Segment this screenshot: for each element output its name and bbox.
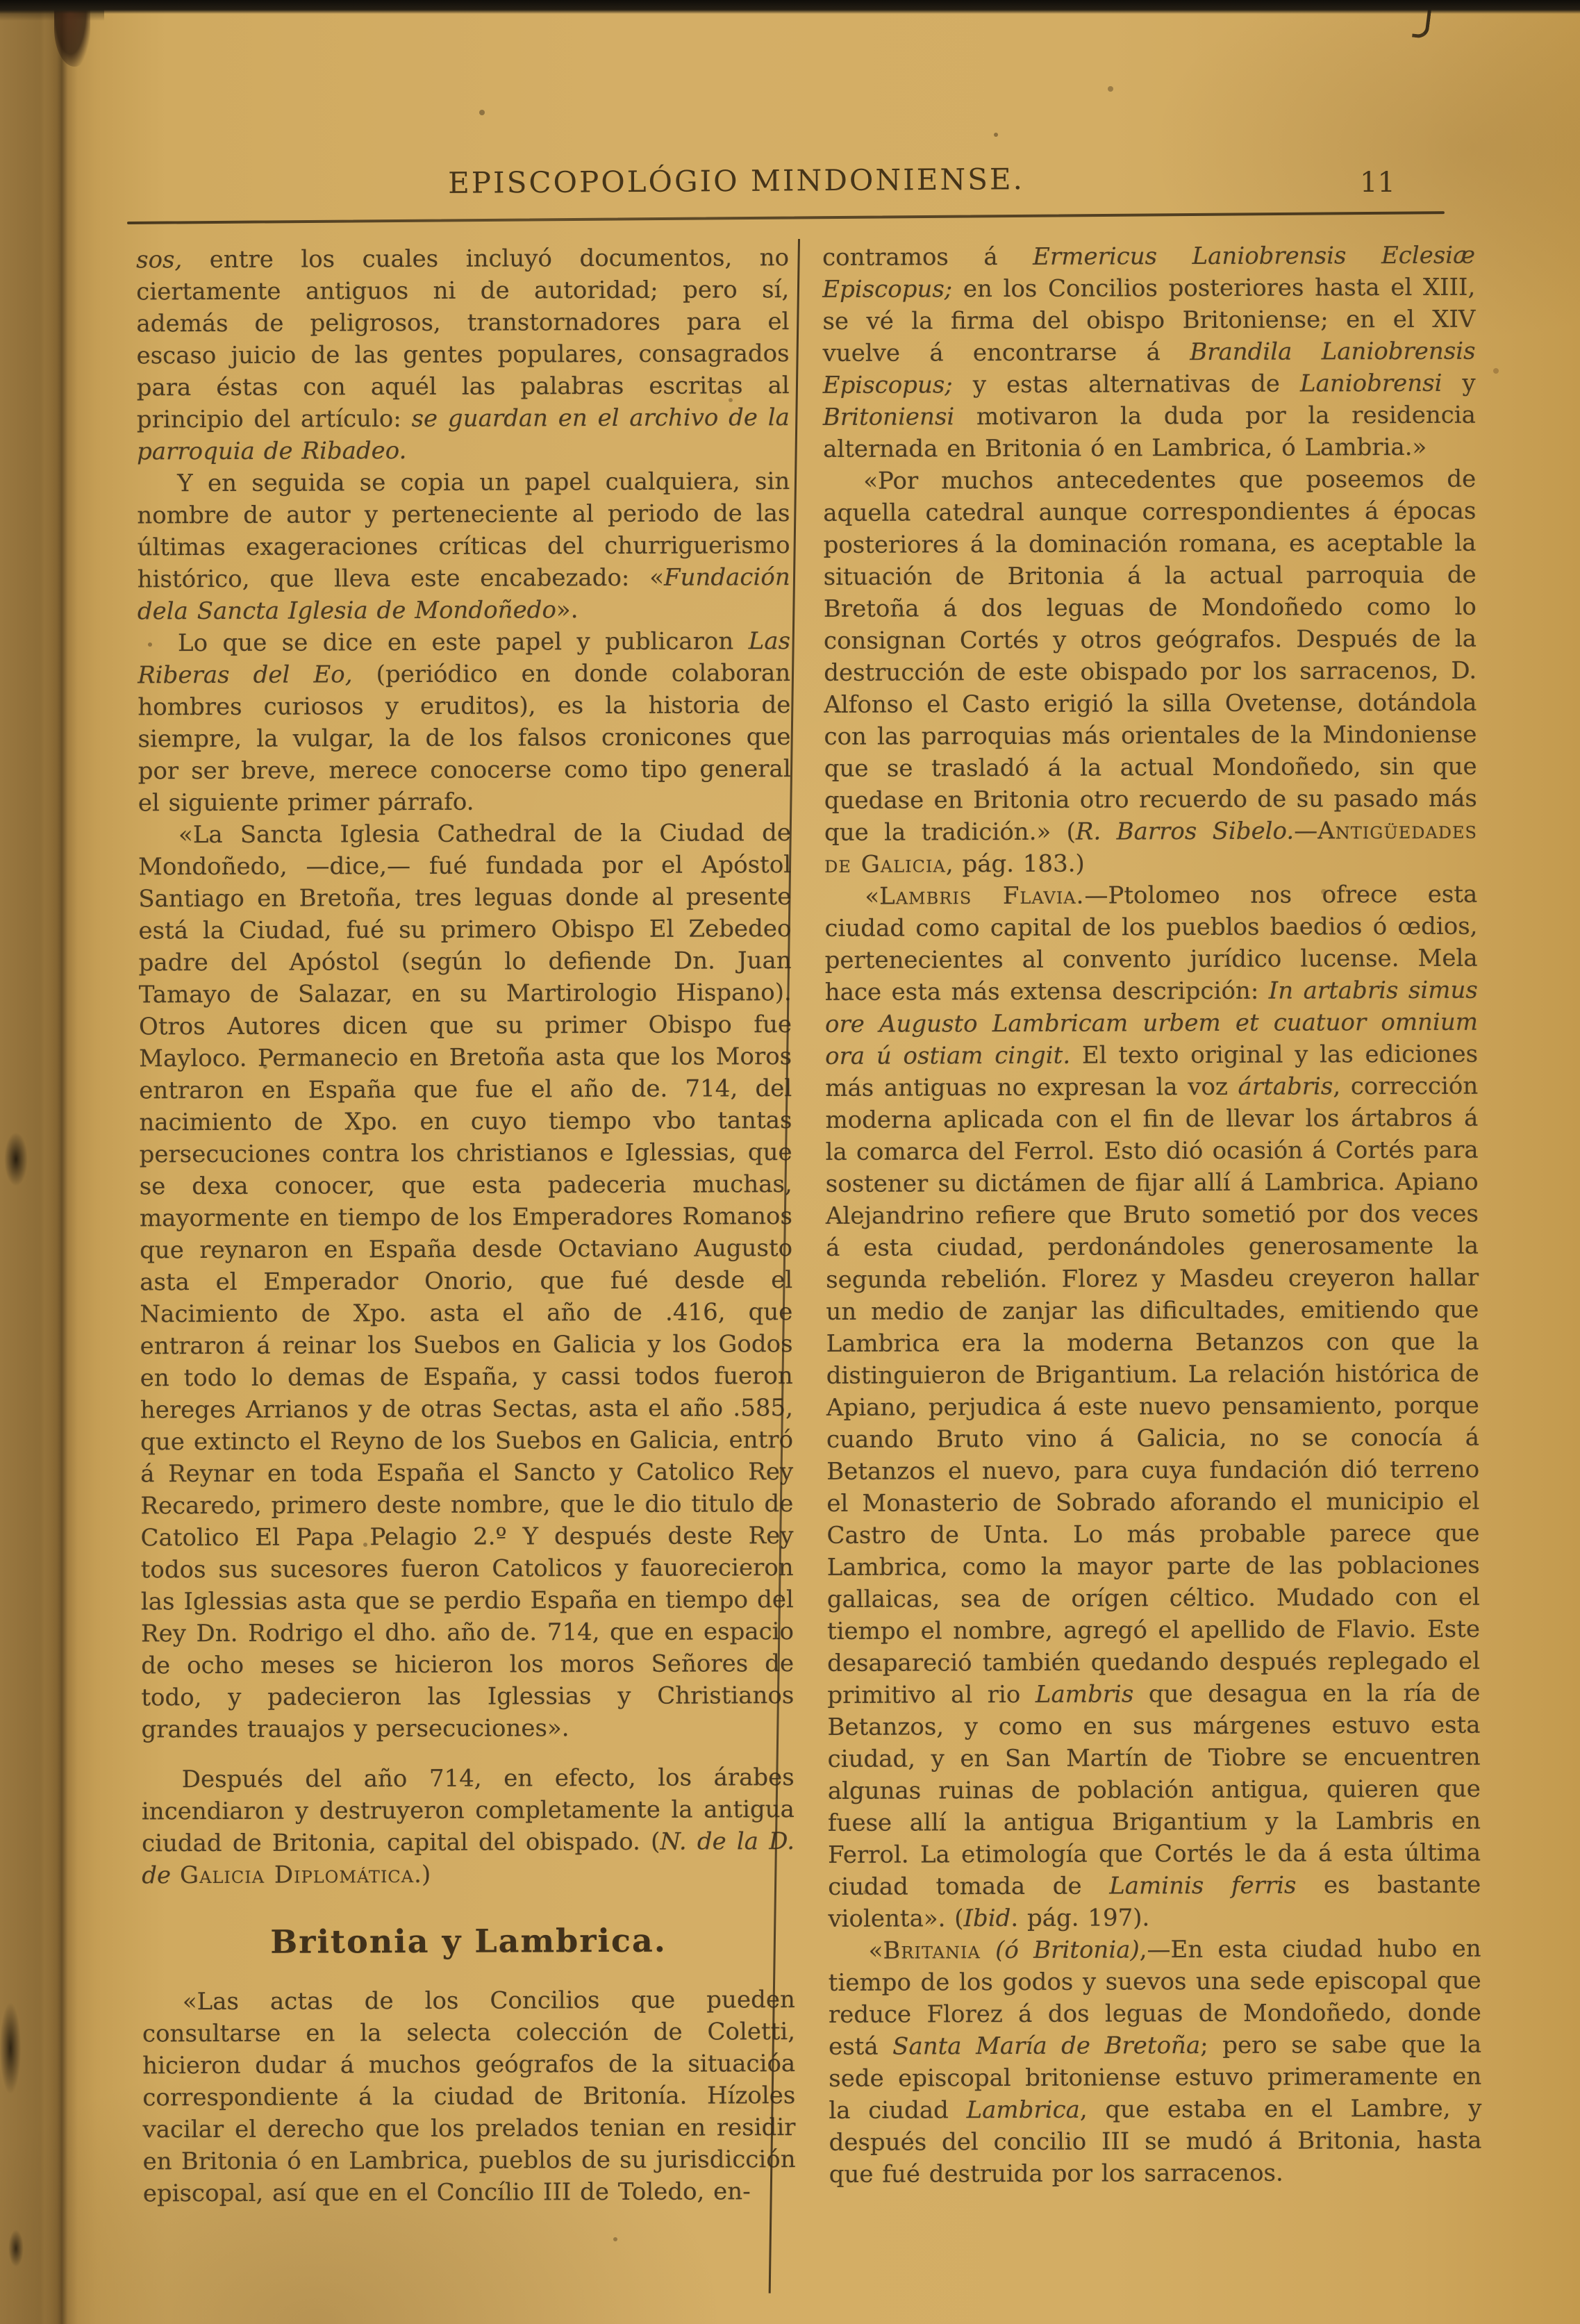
book-photo: EPISCOPOLÓGIO MINDONIENSE. 11 sos, entre… (0, 0, 1580, 2324)
paragraph: contramos á Ermericus Laniobrensis Ecles… (822, 240, 1476, 465)
paragraph: «Britania (ó Britonia),—En esta ciudad h… (829, 1933, 1482, 2191)
paragraph: «Por muchos antecedentes que poseemos de… (823, 463, 1477, 881)
running-title: EPISCOPOLÓGIO MINDONIENSE. (389, 162, 1083, 201)
text-columns: sos, entre los cuales incluyó documentos… (136, 240, 1482, 2210)
page-number: 11 (1360, 167, 1395, 199)
paragraph: Y en seguida se copia un papel cualquier… (137, 465, 790, 627)
book-page: EPISCOPOLÓGIO MINDONIENSE. 11 sos, entre… (0, 10, 1580, 2324)
paragraph: «Lambris Flavia.—Ptolomeo nos ofrece est… (824, 879, 1481, 1935)
paragraph: sos, entre los cuales incluyó documentos… (136, 242, 790, 467)
page-content: EPISCOPOLÓGIO MINDONIENSE. 11 sos, entre… (0, 10, 1580, 2324)
paragraph: Lo que se dice en este papel y publicaro… (138, 625, 791, 819)
left-column: sos, entre los cuales incluyó documentos… (136, 242, 796, 2209)
paragraph: «Las actas de los Concilios que pueden c… (142, 1984, 796, 2209)
photo-dark-edge (0, 0, 1580, 14)
header-rule (127, 211, 1445, 224)
paragraph: Después del año 714, en efecto, los árab… (142, 1761, 795, 1891)
section-heading: Britonia y Lambrica. (142, 1921, 795, 1961)
paragraph: «La Sancta Iglesia Cathedral de la Ciuda… (138, 817, 795, 1745)
right-column: contramos á Ermericus Laniobrensis Ecles… (822, 240, 1482, 2207)
